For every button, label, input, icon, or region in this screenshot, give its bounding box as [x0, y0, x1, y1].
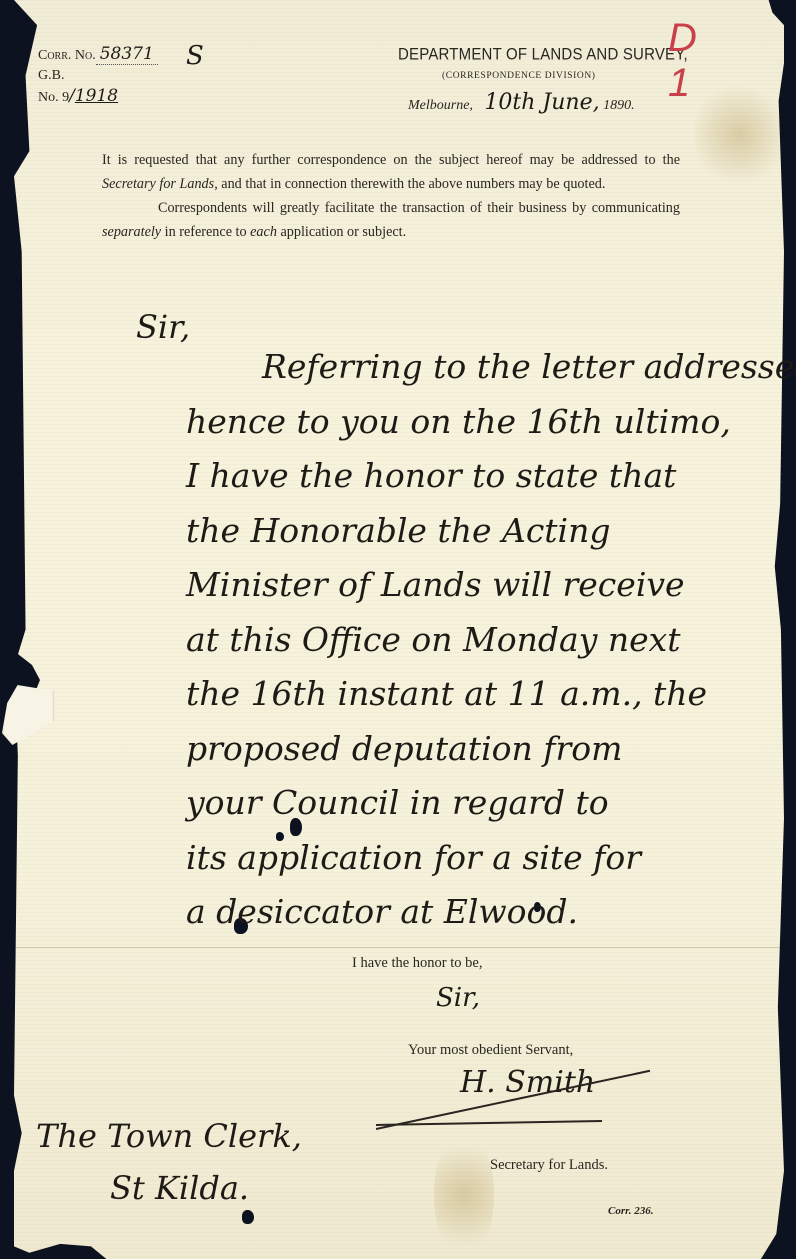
form-number: Corr. 236. — [608, 1205, 654, 1217]
body-line: at this Office on Monday next — [186, 613, 786, 668]
notice-paragraph-1: It is requested that any further corresp… — [102, 148, 680, 196]
body-line: Minister of Lands will receive — [186, 558, 786, 613]
department-heading: DEPARTMENT OF LANDS AND SURVEY, — [398, 45, 688, 64]
addressee-line-2: St Kilda. — [36, 1162, 302, 1214]
notice-text: It is requested that any further corresp… — [102, 152, 680, 168]
gb-label: G.B. — [38, 68, 64, 83]
stain — [434, 1130, 494, 1259]
notice-text: , and that in connection therewith the a… — [214, 176, 605, 192]
notice-emphasis: Secretary for Lands — [102, 176, 214, 192]
division-heading: (CORRESPONDENCE DIVISION) — [442, 71, 596, 81]
printed-notice: It is requested that any further corresp… — [102, 148, 680, 244]
notice-text: application or subject. — [277, 224, 406, 240]
notice-paragraph-2: Correspondents will greatly facilitate t… — [102, 196, 680, 244]
corr-label: Corr. No. — [38, 48, 96, 63]
addressee-line-1: The Town Clerk, — [36, 1110, 302, 1162]
reference-block: S Corr. No.58371 G.B. No. 9/1918 — [38, 44, 158, 108]
notice-text: Correspondents will greatly facilitate t… — [158, 200, 680, 216]
red-pencil-annotation: D 1 — [668, 16, 796, 106]
handwritten-date: 10th June, — [484, 90, 599, 115]
body-line: I have the honor to state that — [186, 449, 786, 504]
notice-emphasis: separately — [102, 224, 161, 240]
dateline: Melbourne, 10th June, 1890. — [408, 90, 635, 115]
body-line: a desiccator at Elwood. — [186, 885, 786, 940]
signatory-title: Secretary for Lands. — [490, 1157, 608, 1174]
fold-crease — [14, 947, 784, 948]
corr-number: 58371 — [96, 44, 158, 65]
servant-line: Your most obedient Servant, — [408, 1042, 573, 1059]
notice-emphasis: each — [250, 224, 277, 240]
body-line: the 16th instant at 11 a.m., the — [186, 667, 786, 722]
body-line: hence to you on the 16th ultimo, — [186, 395, 786, 450]
no-value: 1918 — [75, 86, 118, 106]
notice-text: in reference to — [161, 224, 250, 240]
corr-no-line: Corr. No.58371 — [38, 44, 158, 66]
body-line: Referring to the letter addressed — [186, 340, 786, 395]
closing-sir: Sir, — [436, 983, 480, 1013]
body-line: the Honorable the Acting — [186, 504, 786, 559]
year: 1890. — [603, 98, 635, 113]
addressee: The Town Clerk, St Kilda. — [36, 1110, 302, 1214]
no-label: No. 9 — [38, 90, 69, 105]
body-line: its application for a site for — [186, 831, 786, 886]
corr-annotation: S — [186, 46, 204, 66]
honor-line: I have the honor to be, — [352, 955, 482, 972]
place: Melbourne, — [408, 98, 473, 113]
letter-body: Referring to the letter addressed hence … — [186, 340, 786, 940]
body-line: proposed deputation from — [186, 722, 786, 777]
body-line: your Council in regard to — [186, 776, 786, 831]
salutation: Sir, — [136, 308, 190, 346]
gb-line: G.B. — [38, 66, 158, 86]
no-line: No. 9/1918 — [38, 86, 158, 108]
